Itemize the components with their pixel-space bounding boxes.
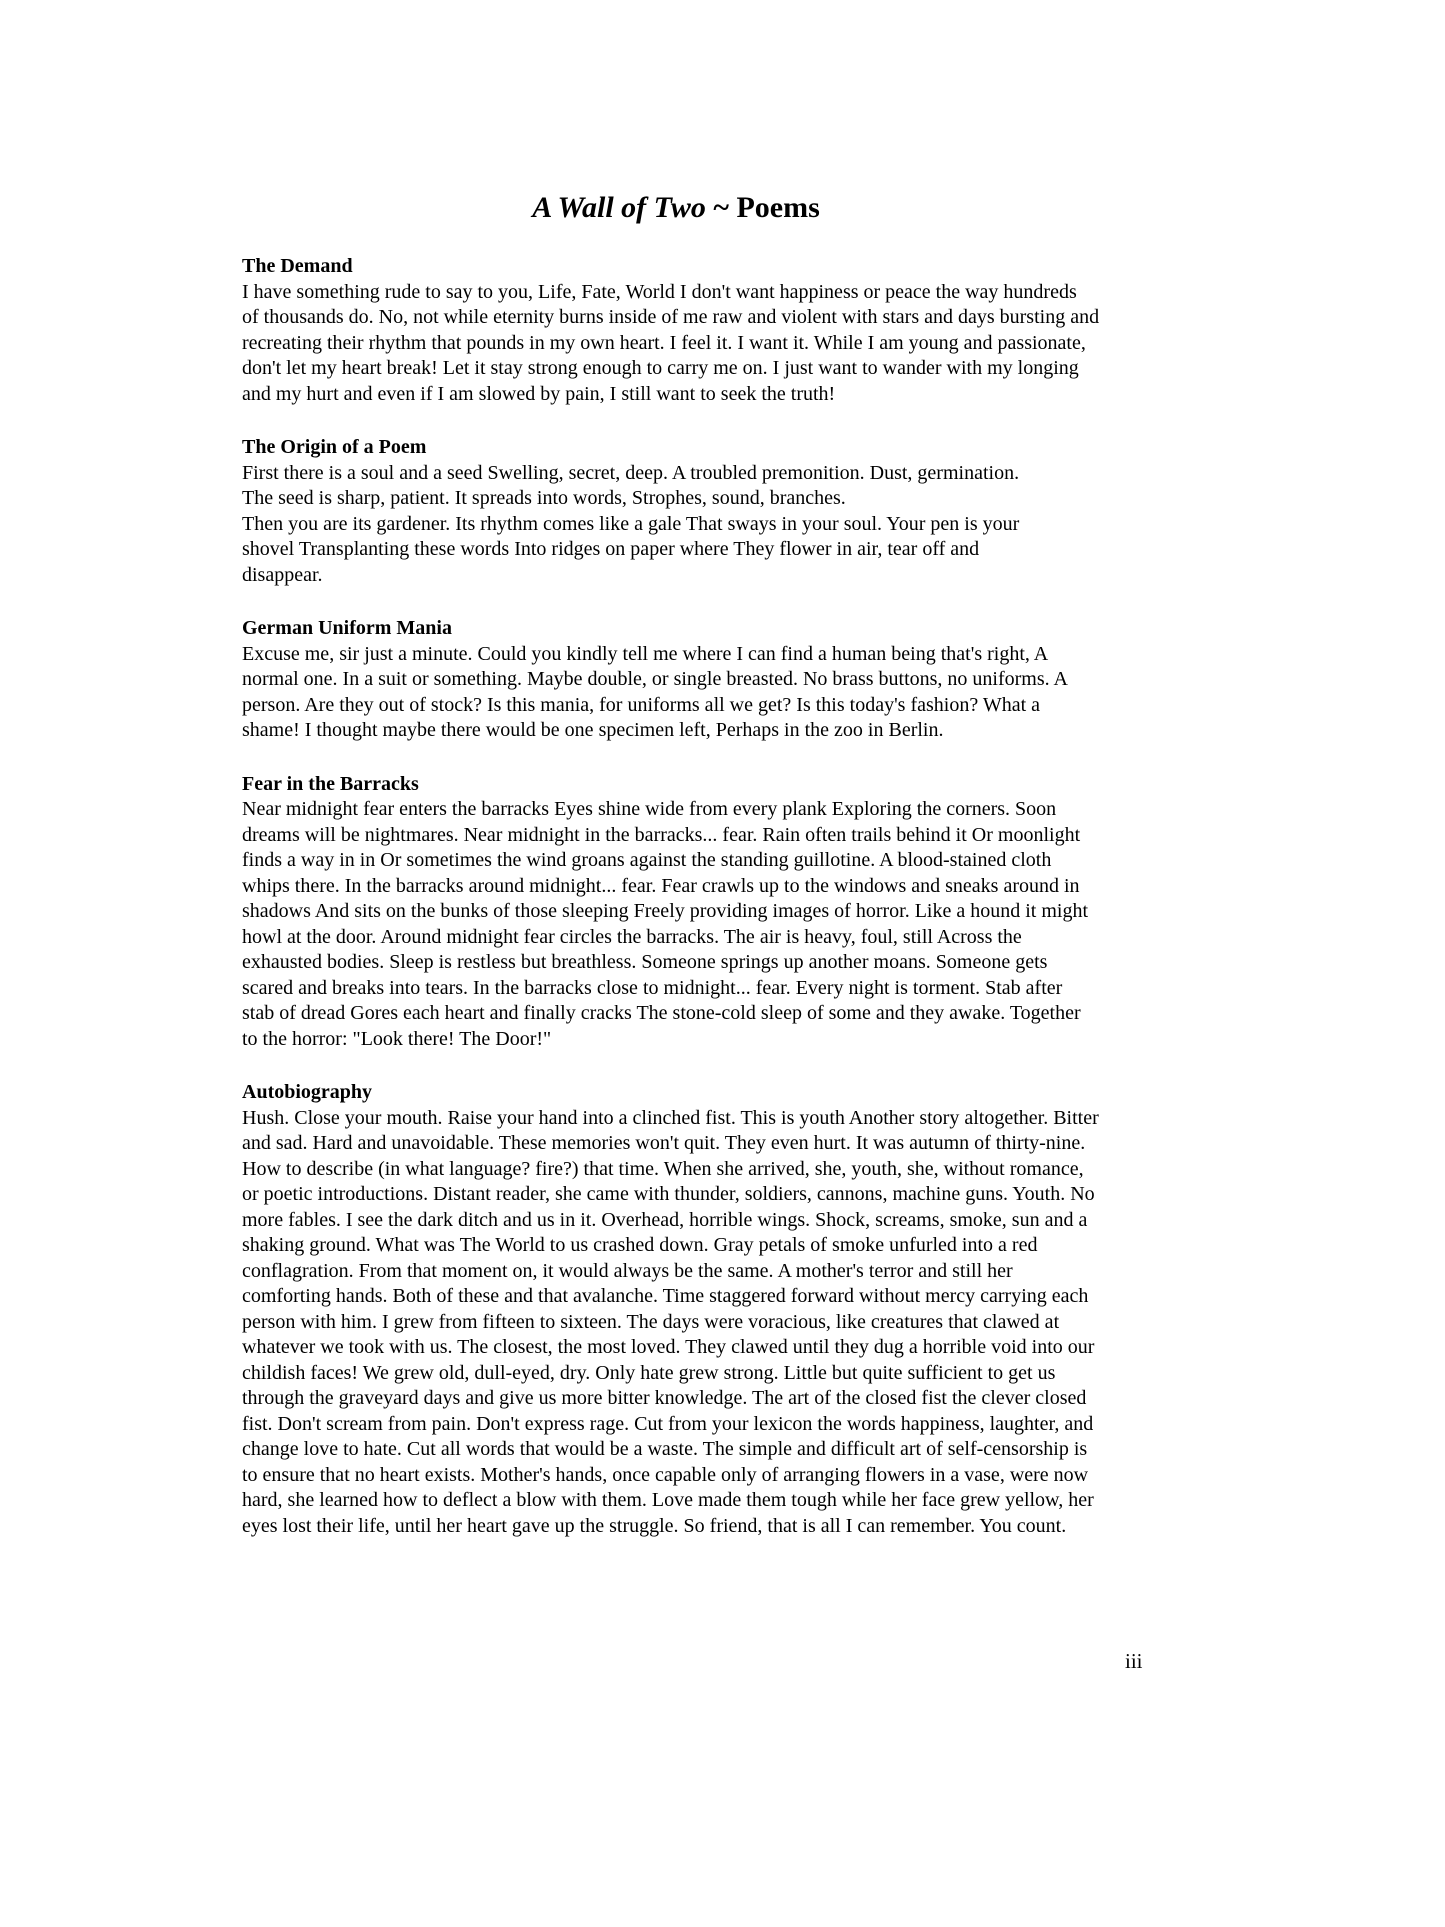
- poem-text: I have something rude to say to you, Lif…: [242, 280, 1110, 408]
- poem-heading: Fear in the Barracks: [242, 772, 1110, 798]
- poem-text: Hush. Close your mouth. Raise your hand …: [242, 1106, 1110, 1540]
- poem-section-autobiography: Autobiography Hush. Close your mouth. Ra…: [242, 1080, 1110, 1539]
- page-number: iii: [1125, 1648, 1143, 1674]
- poem-text: Excuse me, sir just a minute. Could you …: [242, 642, 1110, 744]
- poem-heading: The Origin of a Poem: [242, 435, 1110, 461]
- poem-text: First there is a soul and a seed Swellin…: [242, 461, 1110, 589]
- poem-heading: Autobiography: [242, 1080, 1110, 1106]
- poem-section-the-demand: The Demand I have something rude to say …: [242, 254, 1110, 407]
- page-title: A Wall of Two ~ Poems: [242, 190, 1110, 226]
- title-plain-part: ~ Poems: [706, 191, 820, 224]
- title-italic-part: A Wall of Two: [532, 191, 706, 224]
- poem-section-origin-of-a-poem: The Origin of a Poem First there is a so…: [242, 435, 1110, 588]
- poem-section-german-uniform-mania: German Uniform Mania Excuse me, sir just…: [242, 616, 1110, 744]
- document-page: A Wall of Two ~ Poems The Demand I have …: [0, 0, 1445, 1927]
- poem-heading: German Uniform Mania: [242, 616, 1110, 642]
- poem-text: Near midnight fear enters the barracks E…: [242, 797, 1110, 1052]
- poem-section-fear-in-the-barracks: Fear in the Barracks Near midnight fear …: [242, 772, 1110, 1053]
- text-column: A Wall of Two ~ Poems The Demand I have …: [242, 190, 1110, 1567]
- poem-heading: The Demand: [242, 254, 1110, 280]
